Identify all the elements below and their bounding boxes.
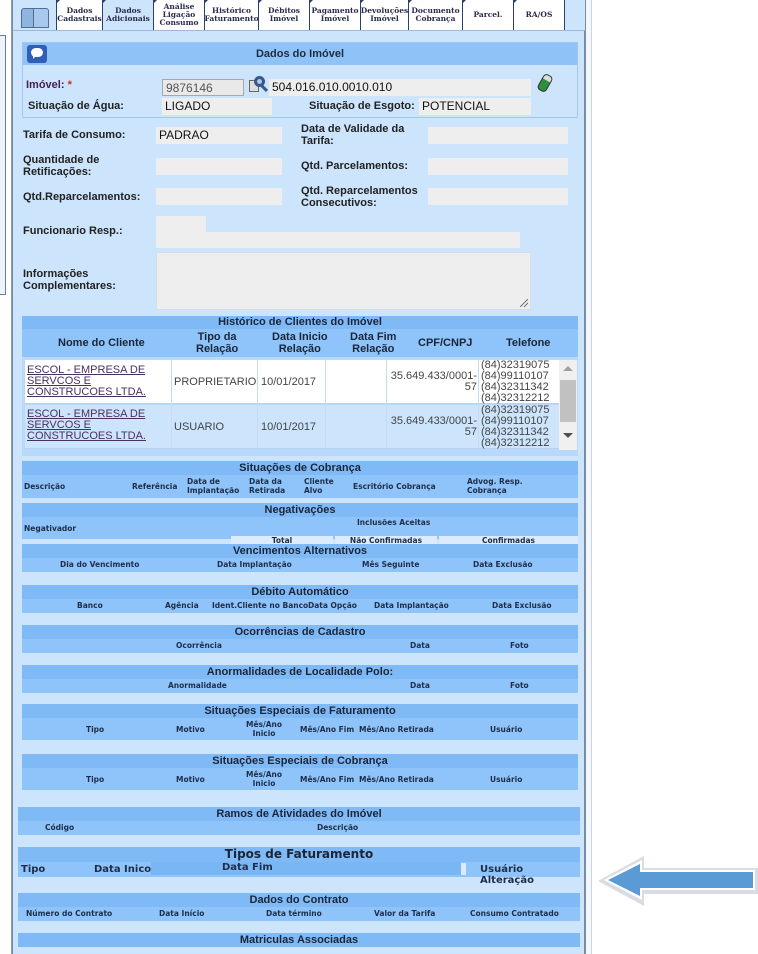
cell-tipo: PROPRIETARIO xyxy=(172,360,258,404)
tipos-faturamento-table: Tipos de Faturamento Tipo Data Inico Dat… xyxy=(18,847,580,877)
ocorrencias-header: Ocorrência Data Foto xyxy=(22,639,578,653)
sit-esp-cobranca-title: Situações Especiais de Cobrança xyxy=(22,754,578,768)
historico-clientes-title: Histórico de Clientes do Imóvel xyxy=(22,316,578,329)
data-validade-field xyxy=(428,127,568,144)
historico-clientes-body: ESCOL - EMPRESA DE SERVCOS E CONSTRUCOES… xyxy=(25,360,577,454)
anormalidades-title: Anormalidades de Localidade Polo: xyxy=(22,665,578,679)
cell-cpf: 35.649.433/0001- 57 xyxy=(387,360,479,404)
col-cpf-cnpj: CPF/CNPJ xyxy=(418,337,472,349)
dados-contrato-title: Dados do Contrato xyxy=(18,893,580,907)
col-nome-cliente: Nome do Cliente xyxy=(58,337,145,349)
matricula-input[interactable]: 9876146 xyxy=(162,79,244,96)
historico-scrollbar[interactable] xyxy=(559,360,577,450)
tab-ra-os[interactable]: RA/OS xyxy=(513,0,565,30)
situacoes-cobranca-title: Situações de Cobrança xyxy=(22,461,578,475)
dados-contrato-header: Número do Contrato Data Início Data térm… xyxy=(18,907,580,921)
cliente-link[interactable]: ESCOL - EMPRESA DE SERVCOS E CONSTRUCOES… xyxy=(27,365,171,398)
eraser-icon[interactable] xyxy=(536,73,554,94)
info-complementares-label: Informações Complementares: xyxy=(23,268,116,292)
outer-left-panel xyxy=(0,0,12,954)
tab-parcelamento[interactable]: Parcel. xyxy=(462,0,514,30)
situacoes-cobranca-header: Descrição Referência Data de Implantação… xyxy=(22,475,578,498)
scroll-down-icon[interactable] xyxy=(563,433,573,438)
qtd-reparcelamentos-field xyxy=(156,188,282,205)
ramos-atividades-title: Ramos de Atividades do Imóvel xyxy=(18,807,580,821)
dados-contrato-table: Dados do Contrato Número do Contrato Dat… xyxy=(18,893,580,921)
historico-clientes-table: Histórico de Clientes do Imóvel Nome do … xyxy=(22,316,578,456)
funcionario-label: Funcionario Resp.: xyxy=(23,225,123,237)
ramos-atividades-table: Ramos de Atividades do Imóvel Código Des… xyxy=(18,807,580,835)
tab-dados-adicionais[interactable]: Dados Adicionais xyxy=(102,0,154,30)
right-scroll-strip xyxy=(586,0,592,954)
left-arrow-icon xyxy=(590,850,758,910)
debito-automatico-header: Banco Agência Ident.Cliente no Banco Dat… xyxy=(22,599,578,613)
left-panel-box xyxy=(0,35,6,295)
chat-bubble-icon[interactable] xyxy=(27,45,47,63)
cell-tipo: USUARIO xyxy=(172,405,258,449)
cell-inicio: 10/01/2017 xyxy=(258,405,326,449)
vencimentos-title: Vencimentos Alternativos xyxy=(22,544,578,558)
cliente-link[interactable]: ESCOL - EMPRESA DE SERVCOS E CONSTRUCOES… xyxy=(27,409,171,442)
funcionario-nome-field xyxy=(156,232,520,248)
matriculas-associadas-table: Matriculas Associadas xyxy=(18,933,580,954)
situacao-agua-label: Situação de Água: xyxy=(28,100,124,112)
anormalidades-header: Anormalidade Data Foto xyxy=(22,679,578,693)
situacoes-cobranca-table: Situações de Cobrança Descrição Referênc… xyxy=(22,461,578,499)
table-row: ESCOL - EMPRESA DE SERVCOS E CONSTRUCOES… xyxy=(25,360,563,404)
situacoes-especiais-cobranca-table: Situações Especiais de Cobrança Tipo Mot… xyxy=(22,754,578,790)
situacao-agua-field: LIGADO xyxy=(162,98,272,115)
col-data-fim: Data Fim Relação xyxy=(350,331,396,355)
tab-bar: Dados Cadastrais Dados Adicionais Anális… xyxy=(13,0,585,31)
cell-inicio: 10/01/2017 xyxy=(258,360,326,404)
ocorrencias-title: Ocorrências de Cadastro xyxy=(22,625,578,639)
resize-grip-icon[interactable] xyxy=(520,299,528,307)
tipos-faturamento-header: Tipo Data Inico Data Fim Usuário Alteraç… xyxy=(18,862,580,877)
tab-dados-cadastrais[interactable]: Dados Cadastrais xyxy=(56,0,103,30)
magnifier-icon[interactable] xyxy=(249,76,269,94)
tab-debitos-imovel[interactable]: Débitos Imóvel xyxy=(258,0,310,30)
vencimentos-alternativos-table: Vencimentos Alternativos Dia do Vencimen… xyxy=(22,544,578,572)
book-icon xyxy=(19,2,57,30)
situacao-esgoto-field: POTENCIAL xyxy=(419,98,531,115)
scroll-up-icon[interactable] xyxy=(563,366,573,371)
matriculas-title: Matriculas Associadas xyxy=(18,933,580,947)
ocorrencias-cadastro-table: Ocorrências de Cadastro Ocorrência Data … xyxy=(22,625,578,653)
qtd-reparc-consecutivos-label: Qtd. Reparcelamentos Consecutivos: xyxy=(301,185,418,209)
dados-imovel-header: Dados do Imóvel xyxy=(23,43,577,65)
situacao-esgoto-label: Situação de Esgoto: xyxy=(309,100,415,112)
ramos-atividades-header: Código Descrição xyxy=(18,821,580,835)
sit-esp-faturamento-header: Tipo Motivo Mês/Ano Inicio Mês/Ano Fim M… xyxy=(22,718,578,740)
dados-imovel-panel: Dados do Imóvel Imóvel: * 9876146 504.01… xyxy=(22,42,578,118)
anormalidades-table: Anormalidades de Localidade Polo: Anorma… xyxy=(22,665,578,693)
tab-pagamento-imovel[interactable]: Pagamento Imóvel xyxy=(309,0,361,30)
qtd-parcelamentos-label: Qtd. Parcelamentos: xyxy=(301,160,408,172)
historico-clientes-header: Nome do Cliente Tipo da Relação Data Ini… xyxy=(22,329,578,357)
negativacoes-title: Negativações xyxy=(22,503,578,517)
table-row: ESCOL - EMPRESA DE SERVCOS E CONSTRUCOES… xyxy=(25,405,563,449)
scroll-thumb[interactable] xyxy=(560,380,576,422)
inscricao-field: 504.016.010.0010.010 xyxy=(269,79,531,96)
main-frame: Dados Cadastrais Dados Adicionais Anális… xyxy=(12,0,586,954)
cell-telefones: (84)32319075 (84)99110107 (84)32311342 (… xyxy=(479,360,557,404)
cell-fim xyxy=(326,360,387,404)
tab-devolucoes-imovel[interactable]: Devoluções Imóvel xyxy=(360,0,409,30)
qtd-reparc-consecutivos-field xyxy=(428,188,568,205)
col-telefone: Telefone xyxy=(506,337,550,349)
tab-analise-ligacao-consumo[interactable]: Análise Ligação Consumo xyxy=(153,0,205,30)
sit-esp-faturamento-title: Situações Especiais de Faturamento xyxy=(22,704,578,718)
situacoes-especiais-faturamento-table: Situações Especiais de Faturamento Tipo … xyxy=(22,704,578,740)
info-complementares-textarea[interactable] xyxy=(156,252,531,310)
tarifa-consumo-label: Tarifa de Consumo: xyxy=(23,129,125,141)
cell-cpf: 35.649.433/0001- 57 xyxy=(387,405,479,449)
col-tipo-relacao: Tipo da Relação xyxy=(196,331,238,355)
tipos-faturamento-title: Tipos de Faturamento xyxy=(18,847,580,862)
debito-automatico-title: Débito Automático xyxy=(22,585,578,599)
debito-automatico-table: Débito Automático Banco Agência Ident.Cl… xyxy=(22,585,578,613)
sit-esp-cobranca-header: Tipo Motivo Mês/Ano Inicio Mês/Ano Fim M… xyxy=(22,768,578,790)
qtd-retificacoes-label: Quantidade de Retificações: xyxy=(23,154,99,178)
negativacoes-header: Negativador Inclusões Aceitas Total Não … xyxy=(22,517,578,539)
cell-telefones: (84)32319075 (84)99110107 (84)32311342 (… xyxy=(479,405,557,449)
qtd-reparcelamentos-label: Qtd.Reparcelamentos: xyxy=(23,191,140,203)
col-data-inicio: Data Inicio Relação xyxy=(272,331,328,355)
imovel-label: Imóvel: * xyxy=(26,79,72,91)
tarifa-consumo-field: PADRAO xyxy=(156,127,282,144)
dados-imovel-title: Dados do Imóvel xyxy=(256,48,344,60)
tab-documento-cobranca[interactable]: Documento Cobrança xyxy=(408,0,463,30)
negativacoes-table: Negativações Negativador Inclusões Aceit… xyxy=(22,503,578,539)
data-validade-label: Data de Validade da Tarifa: xyxy=(301,123,404,147)
cell-fim xyxy=(326,405,387,449)
qtd-retificacoes-field xyxy=(156,158,282,175)
tab-historico-faturamento[interactable]: Histórico Faturamento xyxy=(204,0,259,30)
vencimentos-header: Dia do Vencimento Data Implantação Mês S… xyxy=(22,558,578,572)
qtd-parcelamentos-field xyxy=(428,158,568,175)
